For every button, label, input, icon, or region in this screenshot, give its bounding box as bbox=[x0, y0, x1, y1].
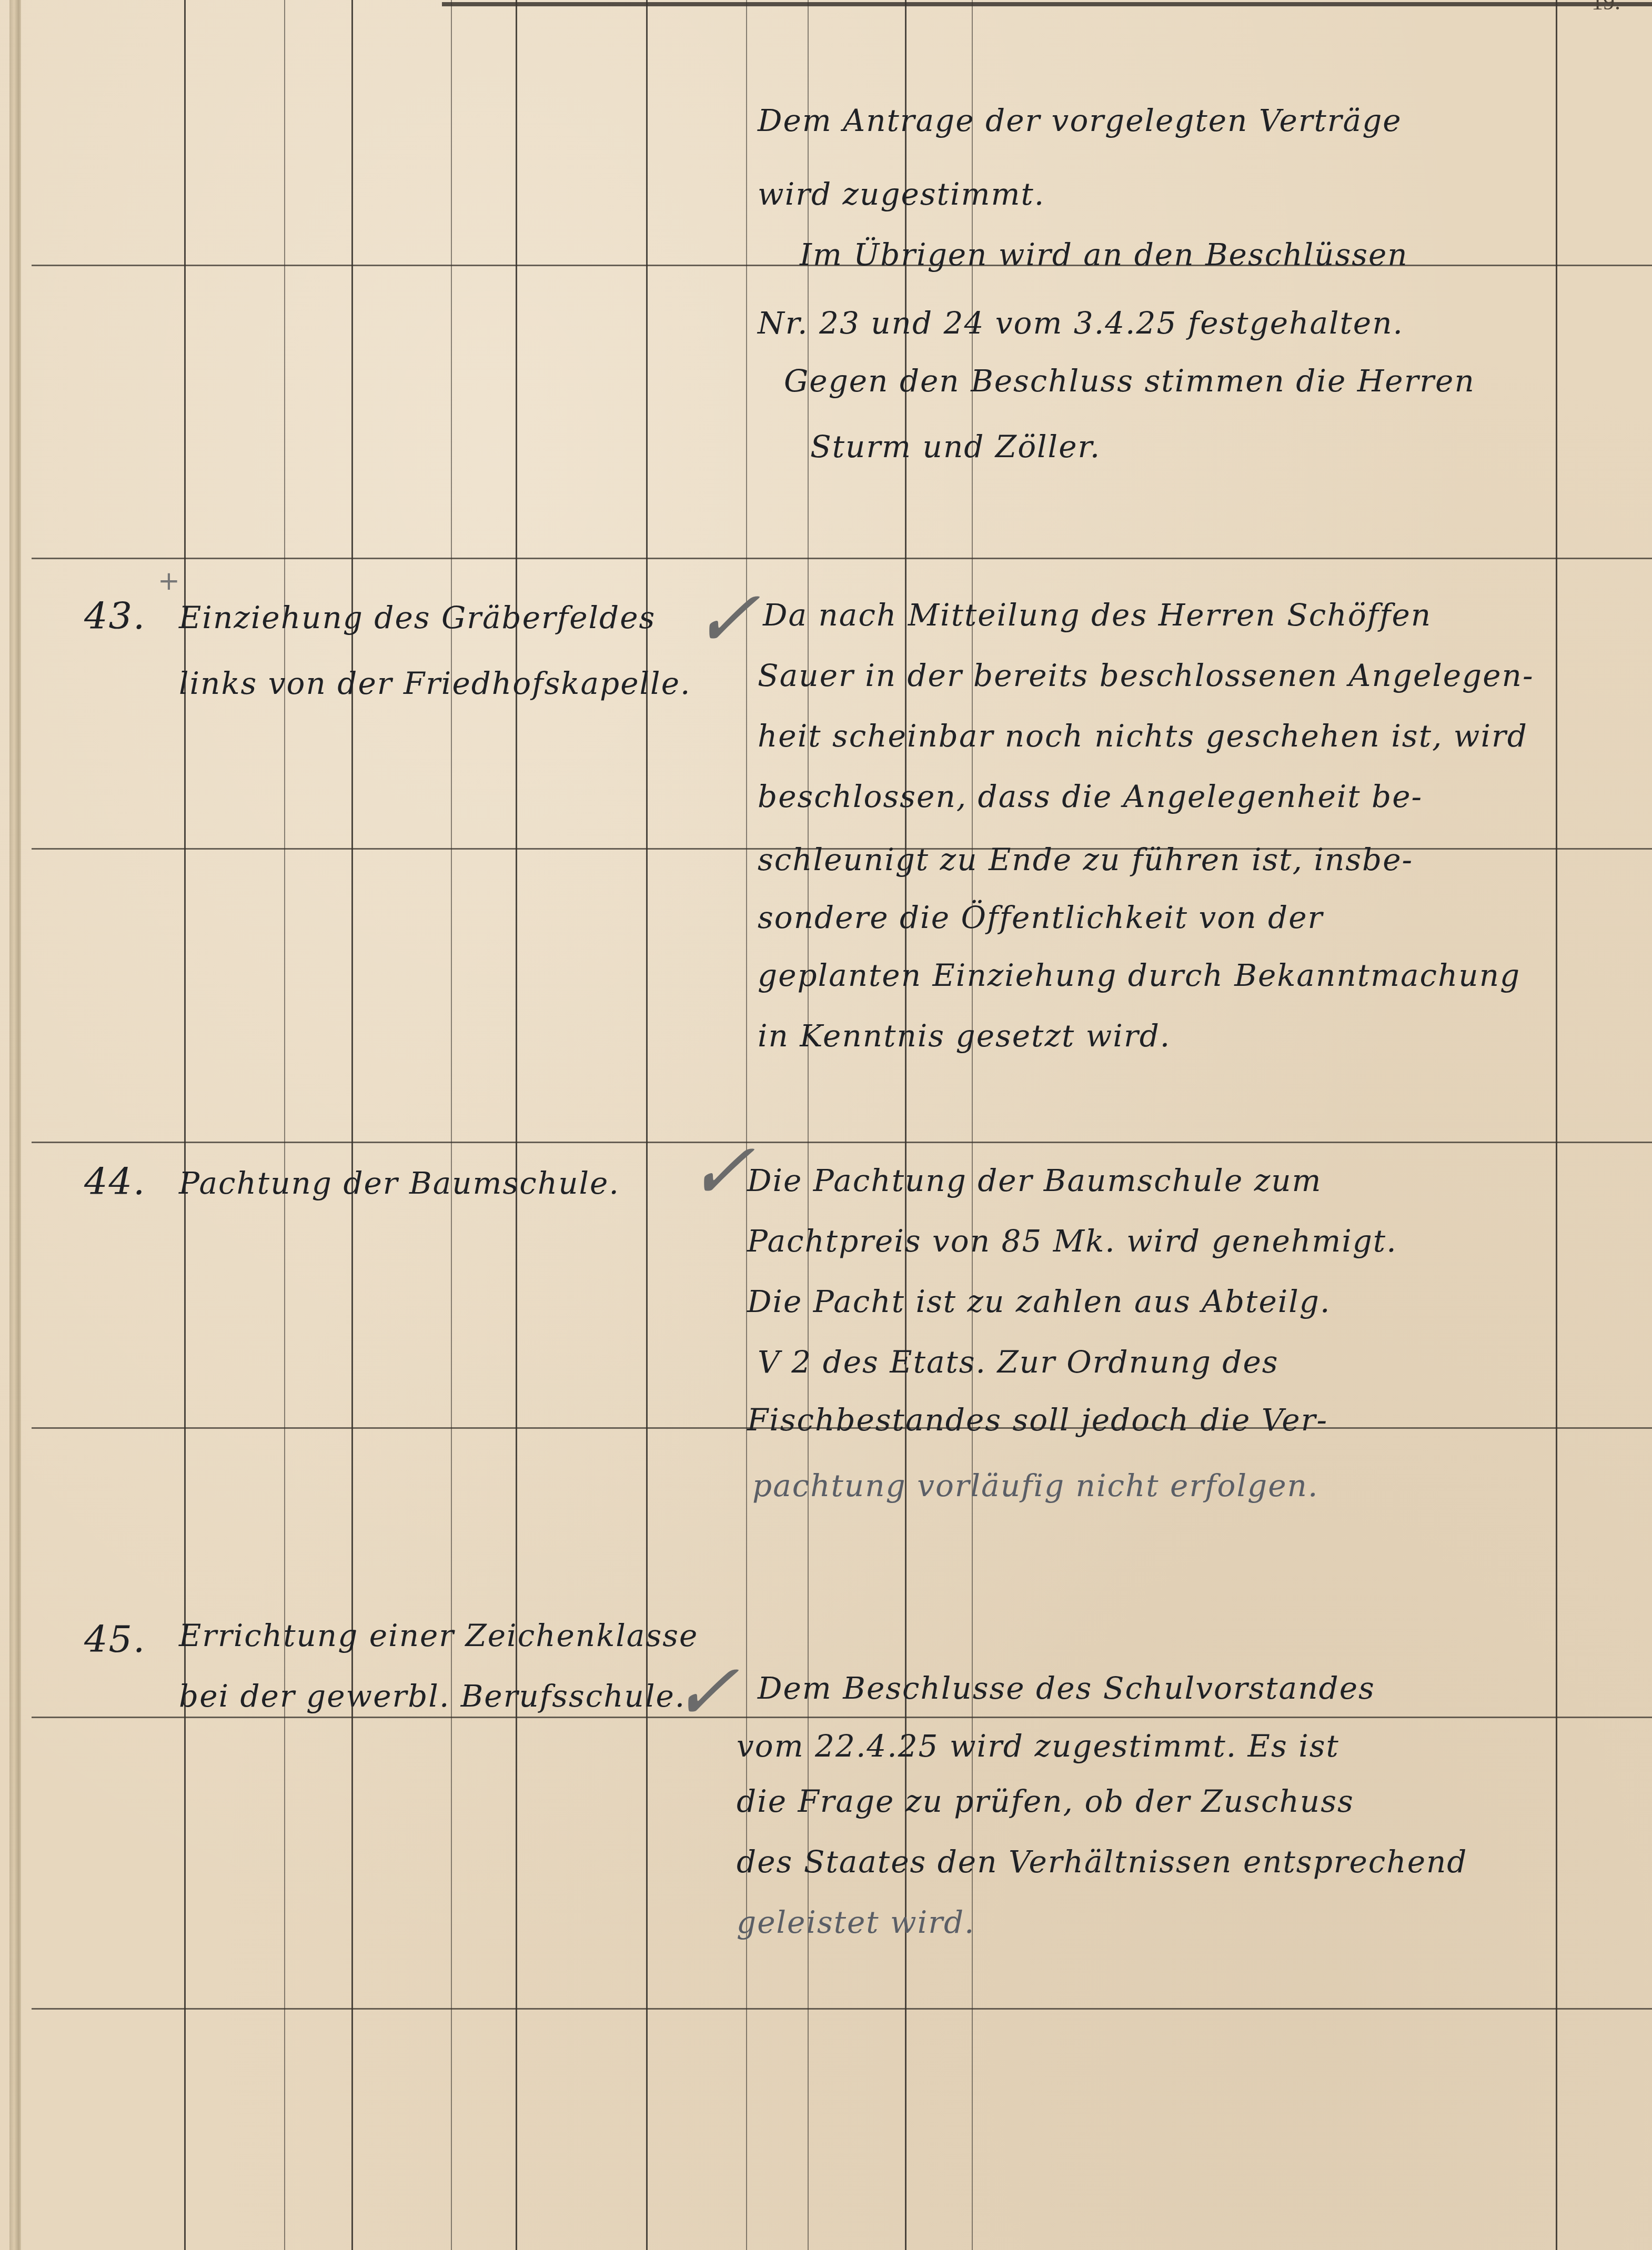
column-rule bbox=[351, 0, 353, 2250]
column-rule bbox=[284, 0, 285, 2250]
entry-subject: bei der gewerbl. Berufsschule. bbox=[179, 1678, 686, 1714]
decision-line: Die Pachtung der Baumschule zum bbox=[747, 1163, 1322, 1198]
decision-line: Die Pacht ist zu zahlen aus Abteilg. bbox=[747, 1284, 1331, 1319]
decision-line: Pachtpreis von 85 Mk. wird genehmigt. bbox=[747, 1223, 1397, 1259]
decision-line: des Staates den Verhältnissen entspreche… bbox=[737, 1844, 1467, 1880]
row-rule bbox=[32, 558, 1652, 559]
entry-number: 43. bbox=[84, 594, 146, 638]
decision-line: beschlossen, dass die Angelegenheit be- bbox=[758, 779, 1423, 814]
entry-subject: links von der Friedhofskapelle. bbox=[179, 665, 691, 701]
decision-line: V 2 des Etats. Zur Ordnung des bbox=[758, 1344, 1279, 1380]
decision-line: in Kenntnis gesetzt wird. bbox=[758, 1018, 1171, 1054]
decision-line: schleunigt zu Ende zu führen ist, insbe- bbox=[758, 842, 1413, 877]
entry-subject: Einziehung des Gräberfeldes bbox=[179, 600, 656, 635]
page-number: 19. bbox=[1591, 0, 1620, 15]
ledger-page: 19. Dem Antrage der vorgelegten Verträge… bbox=[0, 0, 1652, 2250]
decision-line: Da nach Mitteilung des Herren Schöffen bbox=[763, 597, 1432, 633]
text-line: Sturm und Zöller. bbox=[810, 429, 1101, 465]
text-line: Gegen den Beschluss stimmen die Herren bbox=[784, 363, 1475, 399]
row-rule bbox=[32, 1717, 1652, 1718]
column-rule bbox=[516, 0, 517, 2250]
binding-edge bbox=[9, 0, 21, 2250]
column-rule bbox=[184, 0, 186, 2250]
decision-line: geplanten Einziehung durch Bekanntmachun… bbox=[758, 957, 1520, 993]
entry-number: 44. bbox=[84, 1160, 146, 1203]
checkmark-icon: ✓ bbox=[664, 1647, 760, 1738]
pencil-mark-icon: + bbox=[158, 566, 180, 596]
decision-line: Sauer in der bereits beschlossenen Angel… bbox=[758, 658, 1534, 693]
decision-line: Dem Beschlusse des Schulvorstandes bbox=[758, 1670, 1375, 1706]
header-rule bbox=[442, 2, 1652, 6]
text-line: Nr. 23 und 24 vom 3.4.25 festgehalten. bbox=[758, 305, 1404, 341]
column-rule bbox=[1556, 0, 1557, 2250]
text-line: Dem Antrage der vorgelegten Verträge bbox=[758, 103, 1402, 138]
text-line: Im Übrigen wird an den Beschlüssen bbox=[800, 237, 1408, 273]
row-rule bbox=[32, 2008, 1652, 2010]
decision-line: pachtung vorläufig nicht erfolgen. bbox=[752, 1468, 1318, 1504]
row-rule bbox=[32, 1142, 1652, 1143]
entry-subject: Errichtung einer Zeichenklasse bbox=[179, 1618, 698, 1653]
column-rule bbox=[451, 0, 452, 2250]
decision-line: sondere die Öffentlichkeit von der bbox=[758, 900, 1323, 935]
text-line: wird zugestimmt. bbox=[758, 176, 1045, 212]
decision-line: heit scheinbar noch nichts geschehen ist… bbox=[758, 718, 1528, 754]
column-rule bbox=[646, 0, 648, 2250]
decision-line: geleistet wird. bbox=[737, 1904, 975, 1940]
entry-subject: Pachtung der Baumschule. bbox=[179, 1165, 620, 1201]
decision-line: Fischbestandes soll jedoch die Ver- bbox=[747, 1402, 1328, 1438]
decision-line: die Frage zu prüfen, ob der Zuschuss bbox=[737, 1783, 1354, 1819]
decision-line: vom 22.4.25 wird zugestimmt. Es ist bbox=[737, 1728, 1339, 1764]
entry-number: 45. bbox=[84, 1618, 146, 1661]
